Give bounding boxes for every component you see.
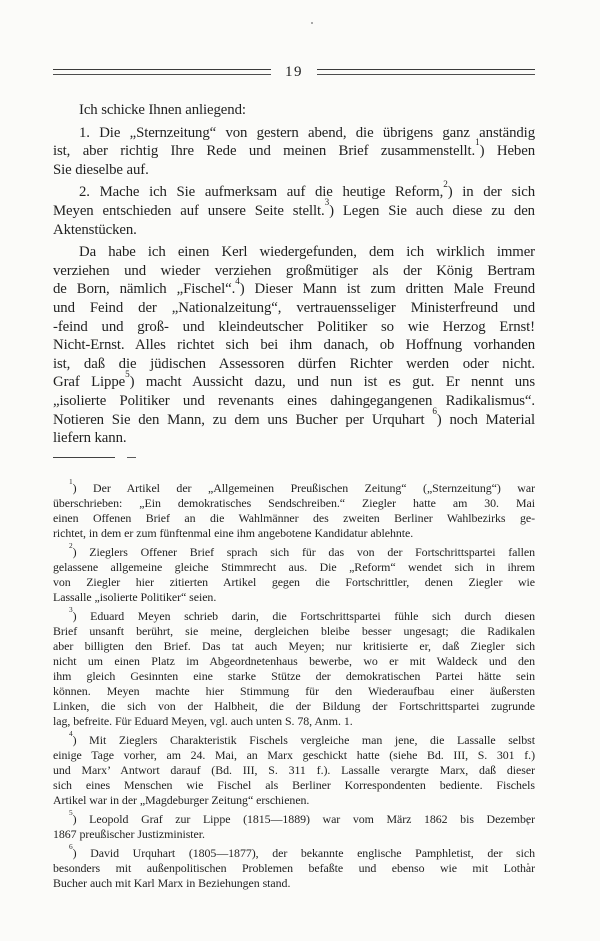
header-rule-left [53,69,271,75]
footnote-marker: 1 [475,137,479,147]
footnote-marker: 5 [125,369,129,379]
text-line: Lassalle „isolierte Politiker“ seien. [53,590,535,605]
text-line: 4) Mit Zieglers Charakteristik Fischels … [53,733,535,748]
footnote-marker: 2 [69,541,73,550]
text-line: und Marx’ Antwort darauf (Bd. III, S. 31… [53,763,535,778]
text-line: Ich schicke Ihnen anliegend: [53,101,535,120]
text-line: „isolierte Politiker und revenants eines… [53,392,535,411]
page-header: 19 [53,64,535,80]
paragraph: Ich schicke Ihnen anliegend: [53,101,535,120]
text-line: liefern kann. [53,429,535,448]
footnote: 2) Zieglers Offener Brief sprach sich fü… [53,545,535,605]
letter-body: Ich schicke Ihnen anliegend:1. Die „Ster… [53,101,535,448]
text-line: gelassene allgemeine gleiche Stimmrecht … [53,560,535,575]
footnote-marker: 6 [432,406,436,416]
text-line: Linken, die sich von der Halbheit, die d… [53,699,535,714]
footnote: 6) David Urquhart (1805—1877), der bekan… [53,846,535,891]
text-line: 1867 preußischer Justizminister. [53,827,535,842]
footnote-separator [53,457,535,459]
footnote-rule [53,457,115,459]
text-line: sich eines Menschen wie Fischel als Berl… [53,778,535,793]
text-line: 1. Die „Sternzeitung“ von gestern abend,… [53,124,535,143]
text-line: Bucher auch mit Karl Marx in Beziehungen… [53,876,535,891]
text-line: einen Offenen Brief an die Wahlmänner de… [53,511,535,526]
text-line: 1) Der Artikel der „Allgemeinen Preußisc… [53,481,535,496]
footnote: 1) Der Artikel der „Allgemeinen Preußisc… [53,481,535,541]
header-rule-right [317,69,535,75]
text-line: lag, befreite. Für Eduard Meyen, vgl. au… [53,714,535,729]
text-line: 2. Mache ich Sie aufmerksam auf die heut… [53,183,535,202]
text-line: 5) Leopold Graf zur Lippe (1815—1889) wa… [53,812,535,827]
text-column: 19 Ich schicke Ihnen anliegend:1. Die „S… [53,0,535,891]
text-line: ist, aber richtig Ihre Rede und meinen B… [53,142,535,161]
scan-speck [527,863,529,865]
footnote-marker: 3 [69,605,73,614]
footnote-marker: 4 [69,729,73,738]
text-line: aber billigten den Brief. Das tat auch M… [53,639,535,654]
footnotes: 1) Der Artikel der „Allgemeinen Preußisc… [53,481,535,891]
text-line: Meyen entschieden auf unsere Seite stell… [53,202,535,221]
page-number: 19 [285,64,303,80]
footnote-marker: 4 [235,276,239,286]
text-line: von Ziegler hier zitierten Artikel gegen… [53,575,535,590]
footnote-rule-dash [127,457,136,459]
text-line: Sie dieselbe auf. [53,161,535,180]
text-line: nicht um einen Platz im Abgeordnetenhaus… [53,654,535,669]
text-line: und Feind der „Nationalzeitung“, vertrau… [53,299,535,318]
text-line: Nicht-Ernst. Alles richtet sich bei ihm … [53,336,535,355]
scan-speck [527,823,529,825]
footnote: 5) Leopold Graf zur Lippe (1815—1889) wa… [53,812,535,842]
footnote-marker: 2 [443,179,447,189]
text-line: Notieren Sie den Mann, zu dem uns Bucher… [53,411,535,430]
text-line: de Born, nämlich „Fischel“.4) Dieser Man… [53,280,535,299]
text-line: -feind und groß- und kleindeutscher Poli… [53,318,535,337]
footnote-marker: 5 [69,808,73,817]
text-line: verziehen und wieder verziehen großmütig… [53,262,535,281]
footnote-marker: 6 [69,842,73,851]
paragraph: Da habe ich einen Kerl wiedergefunden, d… [53,243,535,448]
text-line: können. Meyen machte hier Stimmung für d… [53,684,535,699]
text-line: Artikel war in der „Magdeburger Zeitung“… [53,793,535,808]
text-line: ihm gleich Gesinnten eine starke Stütze … [53,669,535,684]
book-page: 19 Ich schicke Ihnen anliegend:1. Die „S… [0,0,600,941]
paragraph: 1. Die „Sternzeitung“ von gestern abend,… [53,124,535,180]
footnote-marker: 1 [69,477,73,486]
text-line: besonders mit außenpolitischen Problemen… [53,861,535,876]
text-line: richtet, in dem er zum fünftenmal eine i… [53,526,535,541]
text-line: Aktenstücken. [53,221,535,240]
text-line: 6) David Urquhart (1805—1877), der bekan… [53,846,535,861]
paragraph: 2. Mache ich Sie aufmerksam auf die heut… [53,183,535,239]
text-line: Graf Lippe5) macht Aussicht dazu, und nu… [53,373,535,392]
scan-speck [311,22,313,24]
text-line: Brief unsanft berührt, sie meine, dergle… [53,624,535,639]
text-line: 3) Eduard Meyen schrieb darin, die Forts… [53,609,535,624]
text-line: einige Tage vorher, am 24. Mai, an Marx … [53,748,535,763]
text-line: 2) Zieglers Offener Brief sprach sich fü… [53,545,535,560]
footnote: 4) Mit Zieglers Charakteristik Fischels … [53,733,535,808]
text-line: überschrieben: „Ein demokratisches Sends… [53,496,535,511]
text-line: Da habe ich einen Kerl wiedergefunden, d… [53,243,535,262]
footnote-marker: 3 [325,197,329,207]
footnote: 3) Eduard Meyen schrieb darin, die Forts… [53,609,535,729]
